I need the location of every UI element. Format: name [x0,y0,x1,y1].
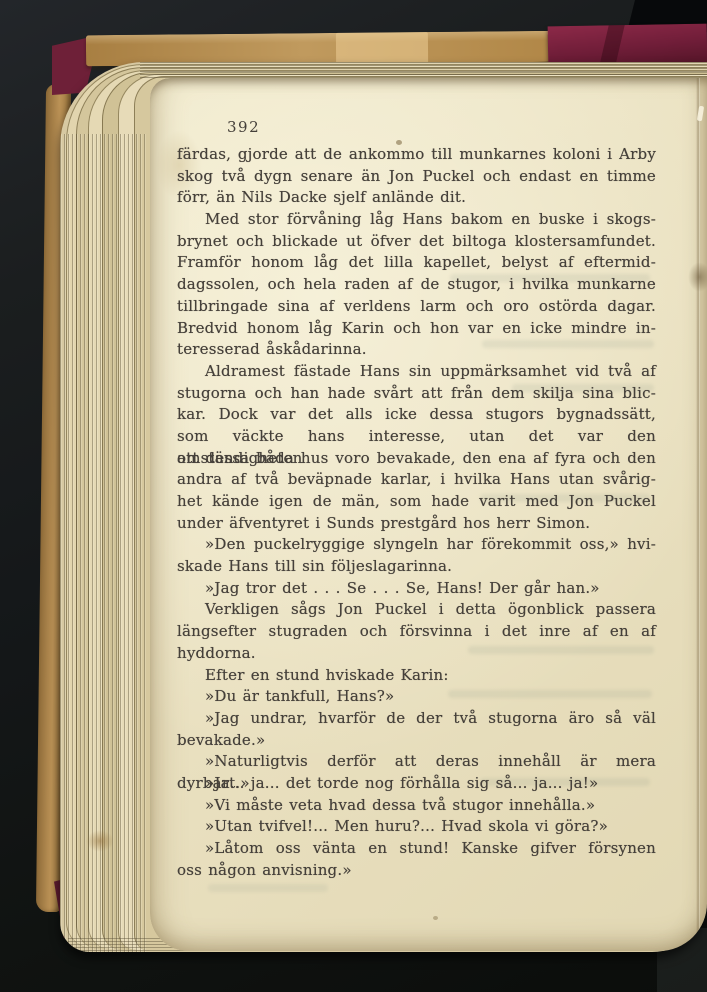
text-line: längsefter stugraden och försvinna i det… [177,621,656,643]
page-number: 392 [227,118,260,136]
text-line: »Ja... ja... det torde nog förhålla sig … [177,773,656,795]
text-line: förr, än Nils Dacke sjelf anlände dit. [177,187,656,209]
page-edges-top [140,62,707,78]
paper-stain [86,830,114,852]
text-line: »Du är tankfull, Hans?» [177,686,656,708]
text-line: »Den puckelryggige slyngeln har förekomm… [177,534,656,556]
text-line: kar. Dock var det alls icke dessa stugor… [177,404,656,426]
book-photo: 392 färdas, gjorde att de ankommo till m… [0,0,707,992]
text-line: färdas, gjorde att de ankommo till munka… [177,144,656,166]
spine-tape-patch [336,32,428,64]
text-line: Efter en stund hviskade Karin: [177,665,656,687]
text-line: skade Hans till sin följeslagarinna. [177,556,656,578]
text-line: »Vi måste veta hvad dessa två stugor inn… [177,795,656,817]
text-line: »Utan tvifvel!... Men huru?... Hvad skol… [177,816,656,838]
page-fold-crease [696,78,700,951]
text-line: andra af två beväpnade karlar, i hvilka … [177,469,656,491]
text-line: bevakade.» [177,730,656,752]
text-line: »Jag tror det . . . Se . . . Se, Hans! D… [177,578,656,600]
text-line: Framför honom låg det lilla kapellet, be… [177,252,656,274]
text-line: brynet och blickade ut öfver det biltoga… [177,231,656,253]
text-line: »Naturligtvis derför att deras innehåll … [177,751,656,773]
book-page: 392 färdas, gjorde att de ankommo till m… [150,78,707,951]
text-line: hyddorna. [177,643,656,665]
text-line: Bredvid honom låg Karin och hon var en i… [177,318,656,340]
text-line: att dessa båda hus voro bevakade, den en… [177,448,656,470]
text-line: tillbringade sina af verldens larm och o… [177,296,656,318]
fold-shadow [688,262,707,292]
text-line: under äfventyret i Sunds prestgård hos h… [177,513,656,535]
text-line: het kände igen de män, som hade varit me… [177,491,656,513]
text-line: Aldramest fästade Hans sin uppmärksamhet… [177,361,656,383]
text-line: som väckte hans interesse, utan det var … [177,426,656,448]
text-line: »Låtom oss vänta en stund! Kanske gifver… [177,838,656,860]
text-line: Med stor förvåning låg Hans bakom en bus… [177,209,656,231]
text-line: teresserad åskådarinna. [177,339,656,361]
book-cover-top-spine [86,31,568,67]
show-through-text [208,884,328,892]
page-fold-margin [700,78,707,951]
text-line: skog två dygn senare än Jon Puckel och e… [177,166,656,188]
paper-stain [433,916,438,920]
text-line: Verkligen sågs Jon Puckel i detta ögonbl… [177,599,656,621]
text-line: oss någon anvisning.» [177,860,656,882]
page-edges-left [60,134,148,952]
page-text: färdas, gjorde att de ankommo till munka… [177,144,656,881]
text-line: stugorna och han hade svårt att från dem… [177,383,656,405]
text-line: »Jag undrar, hvarför de der två stugorna… [177,708,656,730]
text-line: dagssolen, och hela raden af de stugor, … [177,274,656,296]
